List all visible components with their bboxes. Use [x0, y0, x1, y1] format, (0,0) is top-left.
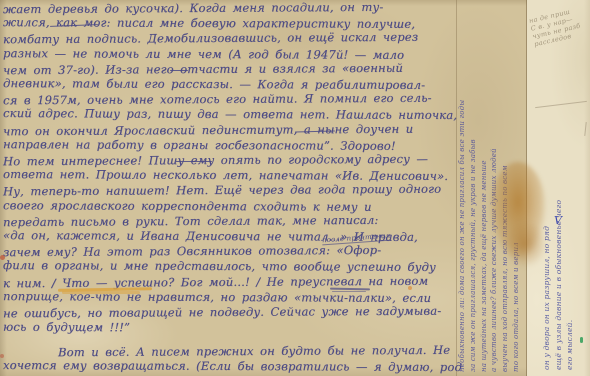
ink-underline-echo: [332, 291, 366, 293]
handwritten-line: комбату на подпись. Демобилизовавшись, о…: [3, 30, 418, 48]
handwritten-line: юсь о будущем !!!”: [3, 320, 130, 336]
side-note-column: его мыслей.: [564, 194, 576, 370]
handwritten-line: направлен на работу в органы госбезопасн…: [3, 137, 396, 154]
green-speck: [580, 337, 583, 343]
margin-note-column: необыкновенно ли: дома своего он же не п…: [457, 4, 468, 372]
page-scan: жает деревья до кусочка). Когда меня пос…: [0, 0, 590, 376]
handwritten-line: хочется ему возвращаться. (Если бы возвр…: [3, 358, 462, 375]
handwritten-line: Ну, теперь-то напишет! Нет. Ещё через дв…: [3, 182, 441, 200]
margin-note-column: за сим же он приглашался, грустный, не у…: [468, 4, 479, 372]
red-speck: [0, 354, 4, 358]
orange-speck: [408, 286, 412, 290]
handwritten-line: не ошибусь, но товарищей не подведу. Сей…: [3, 304, 441, 322]
handwritten-line: ский адрес. Пишу раз, пишу два — ответа …: [3, 106, 457, 123]
vertical-side-notes: он у двора он их разрушил, но ряд ещё в …: [541, 194, 577, 370]
brown-stain-small: [503, 220, 547, 268]
side-note-column: ещё в узлы давние и в обыкновенье чего: [553, 194, 565, 370]
red-speck: [0, 255, 5, 260]
crayon-underline-echo: [62, 291, 140, 294]
margin-note-column: на шутейных на заметках, да ещё нервов н…: [479, 4, 490, 372]
handwritten-line: фили в органы, и мне представилось, что …: [3, 258, 436, 275]
handwritten-line: своего ярославского корреспондента сходи…: [3, 198, 372, 215]
handwritten-line: что он окончил Ярославский пединститут, …: [3, 121, 413, 139]
handwritten-line: разных — не помочь ли мне чем (А год был…: [3, 46, 404, 63]
